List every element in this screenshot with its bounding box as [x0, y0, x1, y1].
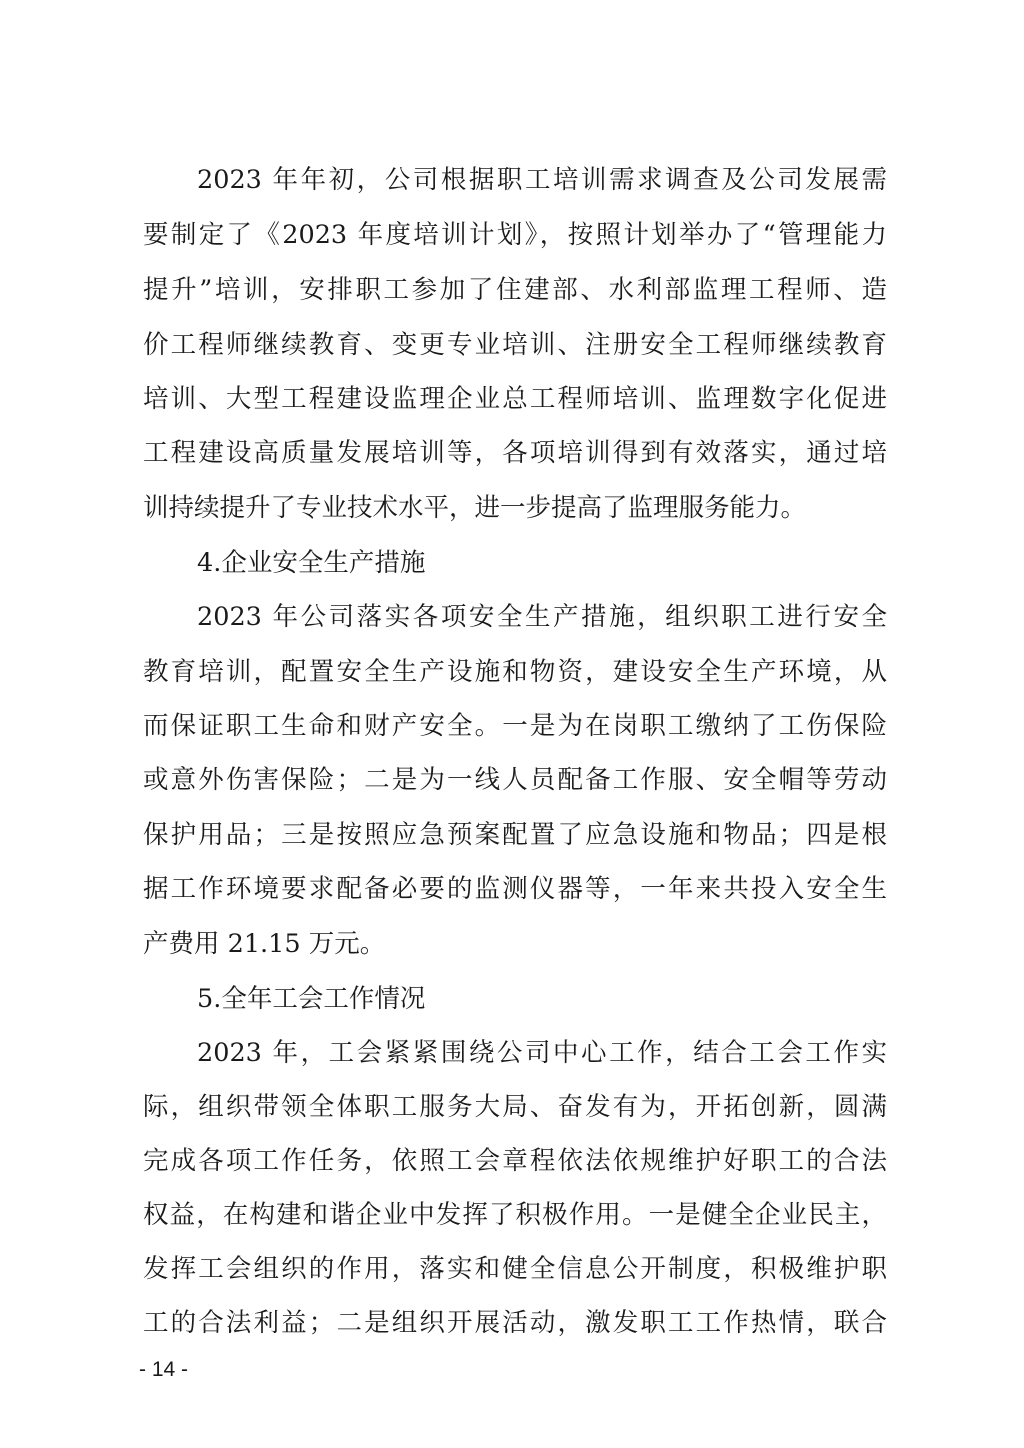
paragraph-safety-line-6: 据工作环境要求配备必要的监测仪器等，一年来共投入安全生: [143, 869, 887, 909]
page-number: - 14 -: [139, 1356, 188, 1384]
section-heading-union: 5.全年工会工作情况: [197, 979, 597, 1019]
paragraph-safety-line-3: 而保证职工生命和财产安全。一是为在岗职工缴纳了工伤保险: [143, 706, 887, 746]
document-page: 2023 年年初，公司根据职工培训需求调查及公司发展需 要制定了《2023 年度…: [0, 0, 1024, 1448]
section-heading-safety: 4.企业安全生产措施: [197, 543, 597, 583]
paragraph-union-line-4: 权益，在构建和谐企业中发挥了积极作用。一是健全企业民主，: [143, 1195, 887, 1235]
paragraph-training-line-5: 培训、大型工程建设监理企业总工程师培训、监理数字化促进: [143, 379, 887, 419]
paragraph-training-line-7: 训持续提升了专业技术水平，进一步提高了监理服务能力。: [143, 488, 887, 528]
paragraph-union-line-2: 际，组织带领全体职工服务大局、奋发有为，开拓创新，圆满: [143, 1087, 887, 1127]
paragraph-safety-line-1: 2023 年公司落实各项安全生产措施，组织职工进行安全: [197, 597, 887, 637]
paragraph-training-line-3: 提升”培训，安排职工参加了住建部、水利部监理工程师、造: [143, 270, 887, 310]
paragraph-safety-line-5: 保护用品；三是按照应急预案配置了应急设施和物品；四是根: [143, 815, 887, 855]
paragraph-safety-line-2: 教育培训，配置安全生产设施和物资，建设安全生产环境，从: [143, 652, 887, 692]
paragraph-training-line-4: 价工程师继续教育、变更专业培训、注册安全工程师继续教育: [143, 325, 887, 365]
paragraph-union-line-3: 完成各项工作任务，依照工会章程依法依规维护好职工的合法: [143, 1141, 887, 1181]
paragraph-safety-line-7: 产费用 21.15 万元。: [143, 924, 887, 964]
paragraph-training-line-2: 要制定了《2023 年度培训计划》，按照计划举办了“管理能力: [143, 215, 887, 255]
paragraph-union-line-5: 发挥工会组织的作用，落实和健全信息公开制度，积极维护职: [143, 1249, 887, 1289]
paragraph-union-line-1: 2023 年，工会紧紧围绕公司中心工作，结合工会工作实: [197, 1033, 887, 1073]
paragraph-safety-line-4: 或意外伤害保险；二是为一线人员配备工作服、安全帽等劳动: [143, 760, 887, 800]
paragraph-training-line-1: 2023 年年初，公司根据职工培训需求调查及公司发展需: [197, 160, 887, 200]
paragraph-union-line-6: 工的合法利益；二是组织开展活动，激发职工工作热情，联合: [143, 1303, 887, 1343]
paragraph-training-line-6: 工程建设高质量发展培训等，各项培训得到有效落实，通过培: [143, 433, 887, 473]
